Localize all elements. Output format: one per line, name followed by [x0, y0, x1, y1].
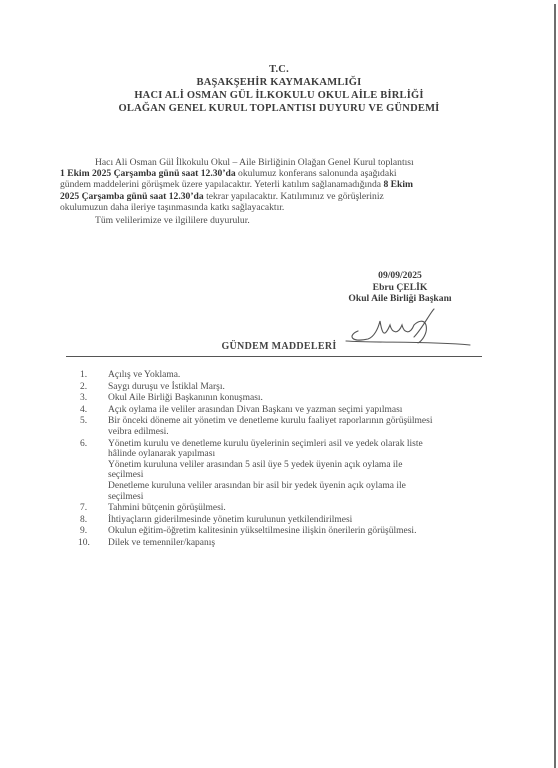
- agenda-item-text: Tahmini bütçenin görüşülmesi.: [108, 503, 480, 514]
- agenda-item-number: 3.: [80, 393, 87, 404]
- closing-line: Tüm velilerimize ve ilgililere duyurulur…: [95, 215, 250, 226]
- agenda-item-text: Açılış ve Yoklama.: [108, 370, 480, 381]
- header-title: OLAĞAN GENEL KURUL TOPLANTISI DUYURU VE …: [0, 102, 558, 115]
- agenda-item: 5.Bir önceki döneme ait yönetim ve denet…: [80, 416, 480, 437]
- agenda-item-text: seçilmesi: [108, 470, 480, 481]
- agenda-item-number: 1.: [80, 370, 87, 381]
- second-meeting-date-end: 2025 Çarşamba günü saat 12.30’da: [60, 191, 204, 202]
- agenda-item-text: Dilek ve temenniler/kapanış: [108, 538, 480, 549]
- agenda-item: 6.Yönetim kurulu ve denetleme kurulu üye…: [80, 439, 480, 503]
- agenda-item: 1.Açılış ve Yoklama.: [80, 370, 480, 381]
- agenda-item-text: Yönetim kurulu ve denetleme kurulu üyele…: [108, 439, 480, 450]
- signatory-name: Ebru ÇELİK: [330, 282, 470, 294]
- agenda-item-number: 9.: [80, 526, 87, 537]
- agenda-item: 3.Okul Aile Birliği Başkanının konuşması…: [80, 393, 480, 404]
- agenda-item: 7.Tahmini bütçenin görüşülmesi.: [80, 503, 480, 514]
- document-header: T.C. BAŞAKŞEHİR KAYMAKAMLIĞI HACI ALİ OS…: [0, 63, 558, 115]
- agenda-title: GÜNDEM MADDELERİ: [0, 341, 558, 352]
- agenda-item-text: Saygı duruşu ve İstiklal Marşı.: [108, 382, 480, 393]
- agenda-item-text: İhtiyaçların giderilmesinde yönetim kuru…: [108, 515, 480, 526]
- agenda-item-text: veibra edilmesi.: [108, 427, 480, 438]
- agenda-item-text: hâlinde oylanarak yapılması: [108, 449, 480, 460]
- announcement-line-1: Hacı Ali Osman Gül İlkokulu Okul – Aile …: [95, 157, 414, 168]
- agenda-item-number: 2.: [80, 382, 87, 393]
- signature-block: 09/09/2025 Ebru ÇELİK Okul Aile Birliği …: [330, 270, 470, 305]
- header-school: HACI ALİ OSMAN GÜL İLKOKULU OKUL AİLE Bİ…: [0, 89, 558, 102]
- header-district: BAŞAKŞEHİR KAYMAKAMLIĞI: [0, 76, 558, 89]
- agenda-item-text: Okul Aile Birliği Başkanının konuşması.: [108, 393, 480, 404]
- second-meeting-date-start: 8 Ekim: [383, 179, 413, 190]
- agenda-item-text: Bir önceki döneme ait yönetim ve denetle…: [108, 416, 480, 427]
- agenda-item: 2.Saygı duruşu ve İstiklal Marşı.: [80, 382, 480, 393]
- agenda-item-text: seçilmesi: [108, 492, 480, 503]
- agenda-item-number: 10.: [78, 538, 90, 549]
- agenda-item: 4.Açık oylama ile veliler arasından Diva…: [80, 405, 480, 416]
- first-meeting-date: 1 Ekim 2025 Çarşamba günü saat 12.30’da: [60, 168, 236, 179]
- agenda-item-number: 4.: [80, 405, 87, 416]
- scan-edge-line: [554, 4, 556, 768]
- agenda-item-text: Okulun eğitim-öğretim kalitesinin yüksel…: [108, 526, 480, 537]
- agenda-list: 1.Açılış ve Yoklama.2.Saygı duruşu ve İs…: [80, 370, 480, 549]
- agenda-item-number: 6.: [80, 439, 87, 450]
- agenda-item-text: Yönetim kuruluna veliler arasından 5 asi…: [108, 460, 480, 471]
- agenda-item: 9.Okulun eğitim-öğretim kalitesinin yüks…: [80, 526, 480, 537]
- agenda-item-text: Denetleme kuruluna veliler arasından bir…: [108, 481, 480, 492]
- agenda-item-number: 5.: [80, 416, 87, 427]
- header-tc: T.C.: [0, 63, 558, 76]
- agenda-item-number: 8.: [80, 515, 87, 526]
- horizontal-rule: [66, 356, 482, 357]
- agenda-item: 8.İhtiyaçların giderilmesinde yönetim ku…: [80, 515, 480, 526]
- signature-date: 09/09/2025: [330, 270, 470, 282]
- announcement-paragraph: Hacı Ali Osman Gül İlkokulu Okul – Aile …: [95, 157, 515, 213]
- agenda-item-number: 7.: [80, 503, 87, 514]
- agenda-item-text: Açık oylama ile veliler arasından Divan …: [108, 405, 480, 416]
- agenda-item: 10.Dilek ve temenniler/kapanış: [80, 538, 480, 549]
